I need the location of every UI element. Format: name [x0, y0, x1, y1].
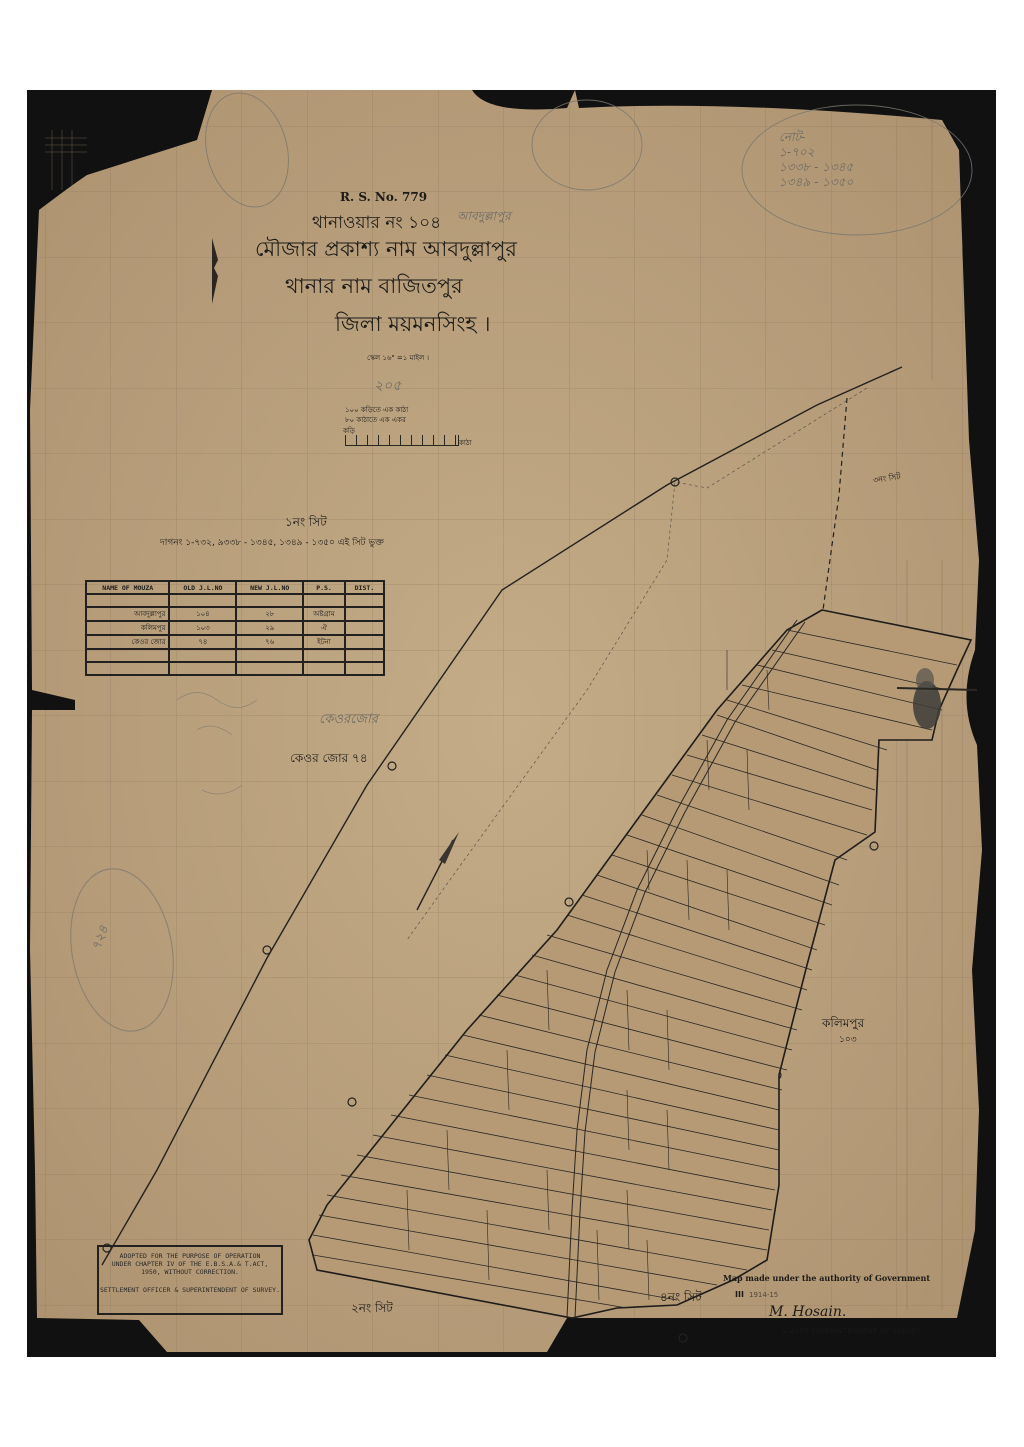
- table-row: কেওর জোর৭৪৭৬ইটনা: [86, 635, 384, 649]
- pencil-note-top: আবদুল্লাপুর: [457, 208, 511, 228]
- table-row: কলিমপুর১০৩২৯ঐ: [86, 621, 384, 635]
- sheet-south-label: ২নং সিট: [351, 1300, 393, 1320]
- pencil-note-oval: নোট- ১-৭০২ ১৩৩৮ - ১৩৪৫ ১৩৪৯ - ১৩৫০: [779, 130, 929, 190]
- col-header-new-jl: NEW J.L.NO: [236, 581, 303, 594]
- map-scale: স্কেল ১৬" =১ মাইল ।: [367, 352, 429, 364]
- surveyor-role: & ASST SUPERINTENDENT OF SURVEY: [782, 1327, 921, 1335]
- paper-background: [27, 90, 996, 1357]
- table-row: আবদুল্লাপুর১০৪২৮অষ্টগ্রাম: [86, 607, 384, 621]
- pencil-note-scale: ২০৫: [374, 374, 401, 398]
- scale-bar: [345, 435, 459, 446]
- mouza-table: NAME OF MOUZA OLD J.L.NO NEW J.L.NO P.S.…: [85, 580, 385, 676]
- survey-years: 1914-15: [749, 1291, 778, 1299]
- col-header-ps: P.S.: [303, 581, 345, 594]
- col-header-dist: DIST.: [345, 581, 384, 594]
- table-row: [86, 662, 384, 675]
- scanned-map-sheet: R. S. No. 779 থানাওয়ার নং ১০৪ মৌজার প্র…: [27, 90, 996, 1357]
- table-header-row: NAME OF MOUZA OLD J.L.NO NEW J.L.NO P.S.…: [86, 581, 384, 594]
- rs-number: R. S. No. 779: [340, 190, 427, 204]
- scale-label-right: কাঠা: [459, 437, 472, 449]
- authority-note: Map made under the authority of Governme…: [723, 1273, 930, 1283]
- dag-range: দাগনং ১-৭৩২, ৯৩৩৮ - ১৩৪৫, ১৩৪৯ - ১৩৫০ এই…: [160, 535, 384, 550]
- table-row: [86, 594, 384, 607]
- mouza-name: মৌজার প্রকাশ্য নাম আবদুল্লাপুর: [255, 233, 517, 268]
- sheet-label: ১নং সিট: [285, 514, 327, 534]
- col-header-name: NAME OF MOUZA: [86, 581, 169, 594]
- pencil-note-kewar: কেওরজোর: [319, 710, 378, 731]
- district-name: জিলা ময়মনসিংহ ।: [335, 308, 491, 343]
- adoption-stamp: ADOPTED FOR THE PURPOSE OF OPERATION UND…: [97, 1245, 283, 1315]
- table-row: [86, 649, 384, 662]
- thana-name: থানার নাম বাজিতপুর: [285, 270, 463, 305]
- series-number: III: [735, 1290, 744, 1299]
- col-header-old-jl: OLD J.L.NO: [169, 581, 236, 594]
- surveyor-signature: M. Hosain.: [769, 1304, 846, 1320]
- neighbor-mouza-west: কেওর জোর ৭৪: [290, 750, 368, 770]
- sheet-southeast-label: ৪নং সিট: [660, 1289, 702, 1309]
- neighbor-mouza-east-no: ১০৩: [839, 1032, 857, 1047]
